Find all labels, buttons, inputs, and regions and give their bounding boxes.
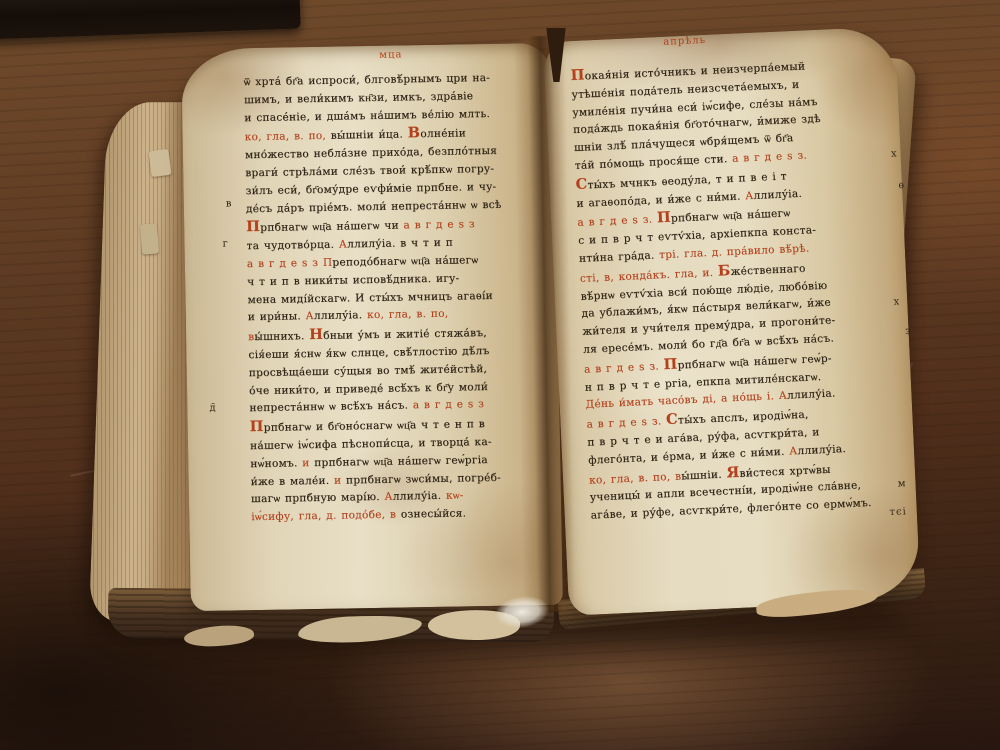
margin-letter: х bbox=[891, 148, 897, 159]
left-page-text: ѿ хрта́ бг҃а испроси́, блговѣ́рнымъ цри … bbox=[244, 69, 554, 527]
margin-letter: г bbox=[222, 239, 227, 250]
bookmark-tab bbox=[148, 149, 171, 177]
margin-letter: в bbox=[226, 198, 232, 209]
margin-letter: х bbox=[893, 296, 899, 307]
left-page: мца ѿ хрта́ бг҃а испроси́, блговѣ́рнымъ … bbox=[181, 43, 563, 611]
margin-letter: м bbox=[898, 478, 906, 489]
dark-book-on-desk bbox=[0, 0, 301, 39]
running-head-left: мца bbox=[379, 49, 402, 60]
right-page: апрѣль Покая́нія исто́чникъ и неизчерпа́… bbox=[543, 26, 921, 615]
margin-letter: з bbox=[905, 326, 911, 337]
running-head-right: апрѣль bbox=[663, 35, 706, 48]
margin-letter: д̑ bbox=[209, 403, 215, 414]
page-number: тєі bbox=[889, 506, 907, 518]
bookmark-tab bbox=[140, 223, 159, 254]
right-page-text: Покая́нія исто́чникъ и неизчерпа́емыйутѣ… bbox=[570, 53, 897, 525]
photo-of-open-book: мца ѿ хрта́ бг҃а испроси́, блговѣ́рнымъ … bbox=[0, 0, 1000, 750]
margin-letter: ѳ bbox=[898, 180, 904, 191]
